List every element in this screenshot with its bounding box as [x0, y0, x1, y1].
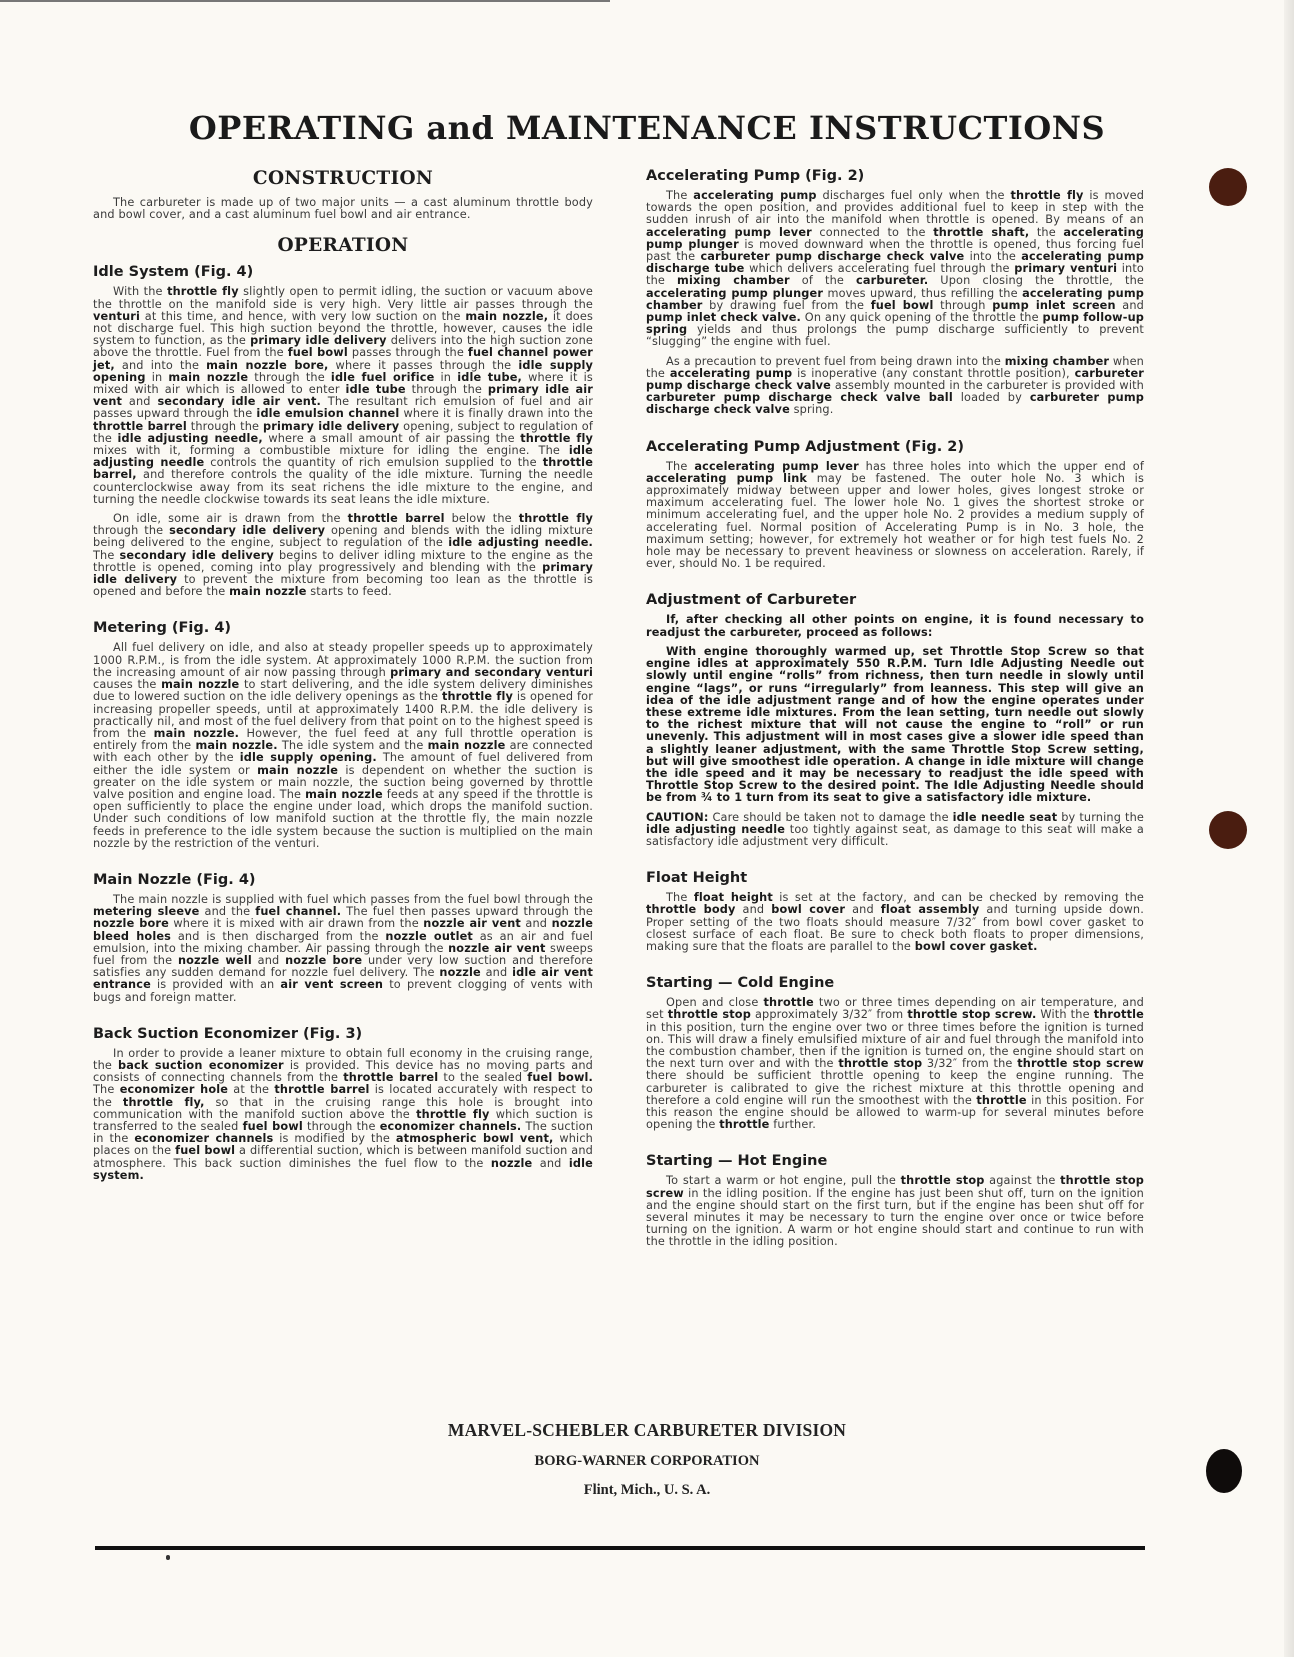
scan-edge-shadow — [0, 0, 610, 2]
operation-heading: OPERATION — [93, 235, 593, 256]
section-heading: Float Height — [646, 870, 1144, 886]
section-heading: Adjustment of Carbureter — [646, 592, 1144, 608]
body-paragraph: The float height is set at the factory, … — [646, 892, 1144, 953]
left-column: CONSTRUCTION The carbureter is made up o… — [93, 168, 593, 1204]
section-heading: Idle System (Fig. 4) — [93, 264, 593, 280]
section-accelerating-pump-fig-2: Accelerating Pump (Fig. 2)The accelerati… — [646, 168, 1144, 417]
section-idle-system-fig-4: Idle System (Fig. 4)With the throttle fl… — [93, 264, 593, 598]
publisher-footer: MARVEL-SCHEBLER CARBURETER DIVISION BORG… — [0, 1420, 1294, 1499]
company-location: Flint, Mich., U. S. A. — [0, 1482, 1294, 1499]
section-starting-hot-engine: Starting — Hot EngineTo start a warm or … — [646, 1153, 1144, 1248]
page-edge-shading — [1284, 0, 1294, 1657]
body-paragraph: In order to provide a leaner mixture to … — [93, 1048, 593, 1182]
body-paragraph: The accelerating pump discharges fuel on… — [646, 190, 1144, 349]
section-heading: Metering (Fig. 4) — [93, 620, 593, 636]
instruction-paragraph: With engine thoroughly warmed up, set Th… — [646, 646, 1144, 805]
section-heading: Back Suction Economizer (Fig. 3) — [93, 1026, 593, 1042]
body-paragraph: As a precaution to prevent fuel from bei… — [646, 356, 1144, 417]
left-sections: Idle System (Fig. 4)With the throttle fl… — [93, 264, 593, 1182]
footer-rule — [95, 1546, 1145, 1550]
section-heading: Accelerating Pump (Fig. 2) — [646, 168, 1144, 184]
ink-speck — [166, 1555, 170, 1560]
section-heading: Accelerating Pump Adjustment (Fig. 2) — [646, 439, 1144, 455]
body-paragraph: Open and close throttle two or three tim… — [646, 997, 1144, 1131]
section-starting-cold-engine: Starting — Cold EngineOpen and close thr… — [646, 975, 1144, 1131]
section-adjustment-of-carbureter: Adjustment of CarbureterIf, after checki… — [646, 592, 1144, 848]
binder-hole-middle — [1209, 811, 1247, 849]
right-column: Accelerating Pump (Fig. 2)The accelerati… — [646, 168, 1144, 1271]
right-sections: Accelerating Pump (Fig. 2)The accelerati… — [646, 168, 1144, 1249]
body-paragraph: The accelerating pump lever has three ho… — [646, 461, 1144, 571]
parent-company: BORG-WARNER CORPORATION — [0, 1453, 1294, 1470]
caution-note: CAUTION: Care should be taken not to dam… — [646, 812, 1144, 849]
construction-heading: CONSTRUCTION — [93, 168, 593, 189]
instruction-paragraph: If, after checking all other points on e… — [646, 614, 1144, 638]
section-accelerating-pump-adjustment-fig-2: Accelerating Pump Adjustment (Fig. 2)The… — [646, 439, 1144, 571]
construction-section: The carbureter is made up of two major u… — [93, 197, 593, 221]
construction-paragraph: The carbureter is made up of two major u… — [93, 197, 593, 221]
section-main-nozzle-fig-4: Main Nozzle (Fig. 4)The main nozzle is s… — [93, 872, 593, 1004]
company-name: MARVEL-SCHEBLER CARBURETER DIVISION — [0, 1420, 1294, 1441]
binder-hole-top — [1209, 168, 1247, 206]
section-heading: Main Nozzle (Fig. 4) — [93, 872, 593, 888]
section-metering-fig-4: Metering (Fig. 4)All fuel delivery on id… — [93, 620, 593, 849]
section-heading: Starting — Hot Engine — [646, 1153, 1144, 1169]
section-back-suction-economizer-fig-3: Back Suction Economizer (Fig. 3)In order… — [93, 1026, 593, 1182]
body-paragraph: To start a warm or hot engine, pull the … — [646, 1175, 1144, 1248]
body-paragraph: All fuel delivery on idle, and also at s… — [93, 642, 593, 849]
page-title: OPERATING and MAINTENANCE INSTRUCTIONS — [0, 109, 1294, 147]
body-paragraph: With the throttle fly slightly open to p… — [93, 286, 593, 506]
body-paragraph: On idle, some air is drawn from the thro… — [93, 513, 593, 598]
section-float-height: Float HeightThe float height is set at t… — [646, 870, 1144, 953]
section-heading: Starting — Cold Engine — [646, 975, 1144, 991]
body-paragraph: The main nozzle is supplied with fuel wh… — [93, 894, 593, 1004]
